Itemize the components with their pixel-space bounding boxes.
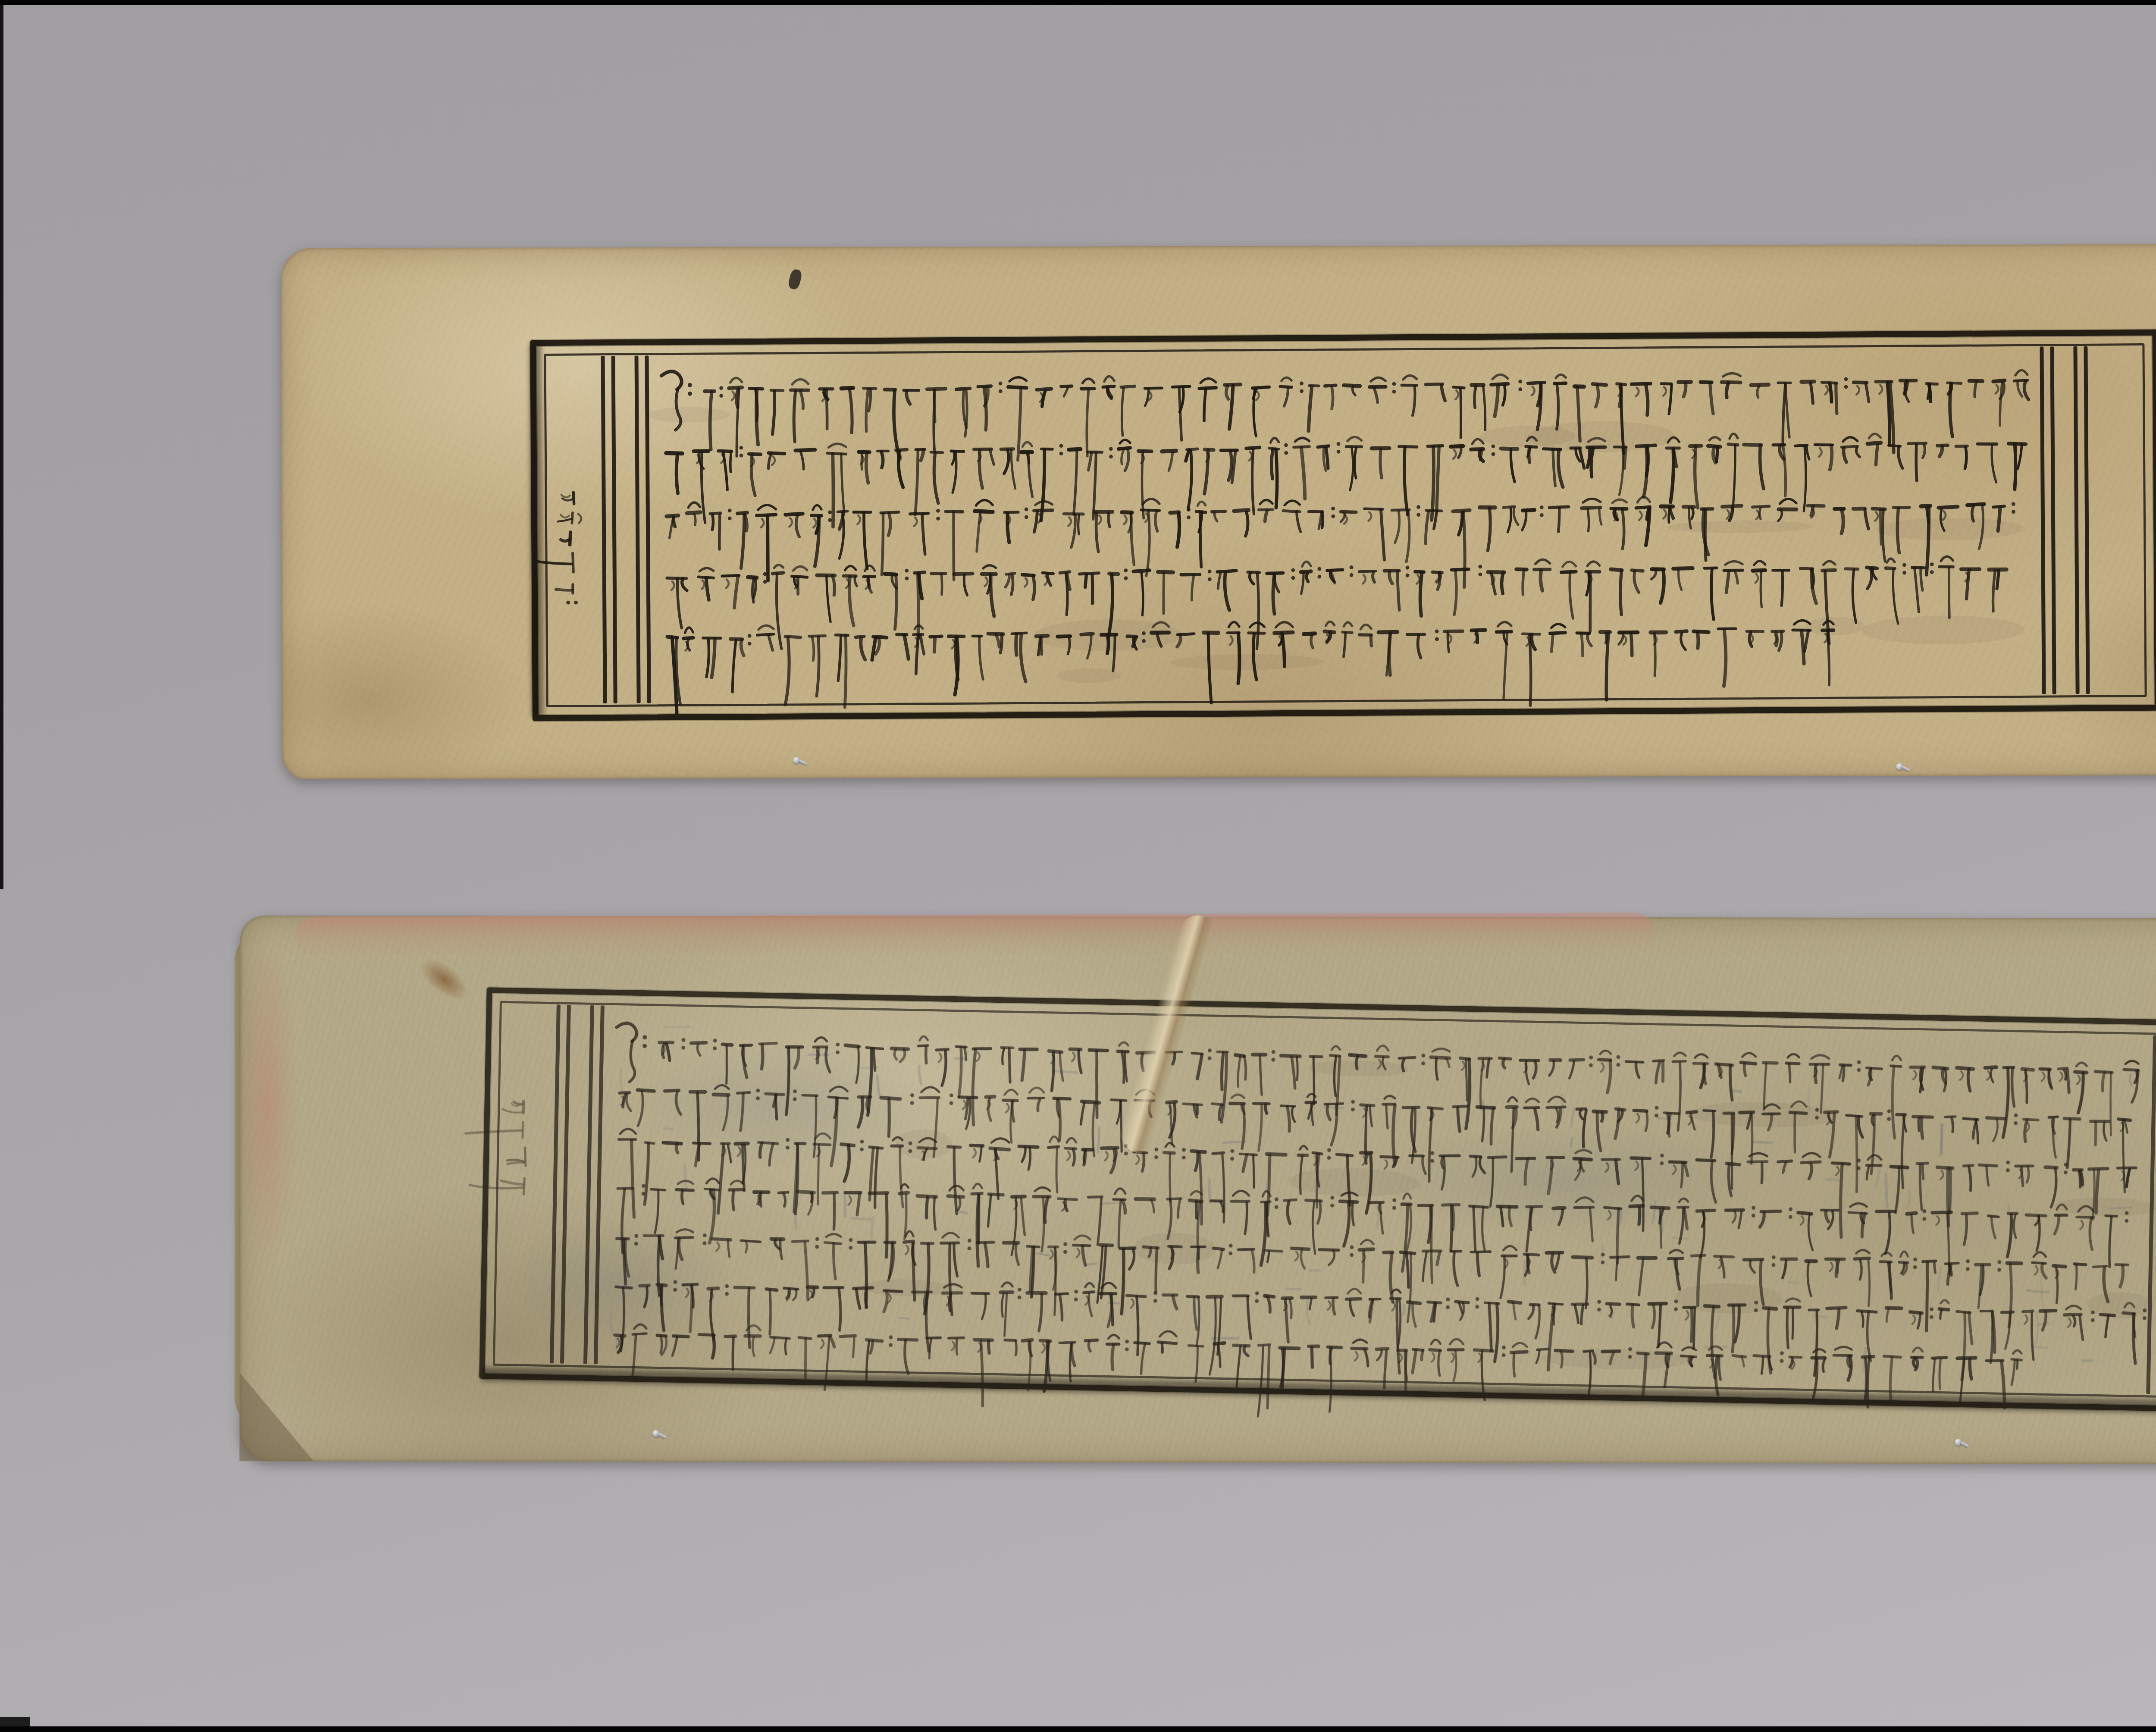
text-block-lower — [485, 993, 2156, 1407]
mounting-pin — [1955, 1439, 1970, 1458]
text-block-upper — [536, 336, 2154, 715]
letterbox-notch — [0, 1717, 30, 1726]
mounting-pin — [1896, 763, 1912, 782]
ink-spot — [787, 268, 803, 290]
pink-edge-stain — [237, 937, 298, 1273]
mounting-pin — [652, 1430, 668, 1449]
letterbox-bar-bottom — [0, 1726, 2156, 1732]
pin-stem — [798, 759, 807, 766]
pink-edge-stain — [296, 913, 1655, 956]
pin-stem — [1901, 766, 1910, 772]
letterbox-bar-top — [0, 0, 2156, 5]
letterbox-bar-left — [0, 5, 3, 889]
fiber-stain — [414, 951, 475, 1008]
mounting-pin — [793, 757, 808, 776]
lower-leaf — [239, 915, 2156, 1464]
photograph-background — [0, 0, 2156, 1732]
pin-stem — [658, 1433, 667, 1439]
pin-stem — [1960, 1441, 1969, 1448]
upper-leaf — [281, 244, 2156, 779]
corner-fold — [239, 1276, 473, 1462]
print-frame-upper — [530, 329, 2156, 721]
print-frame-lower — [479, 987, 2156, 1413]
